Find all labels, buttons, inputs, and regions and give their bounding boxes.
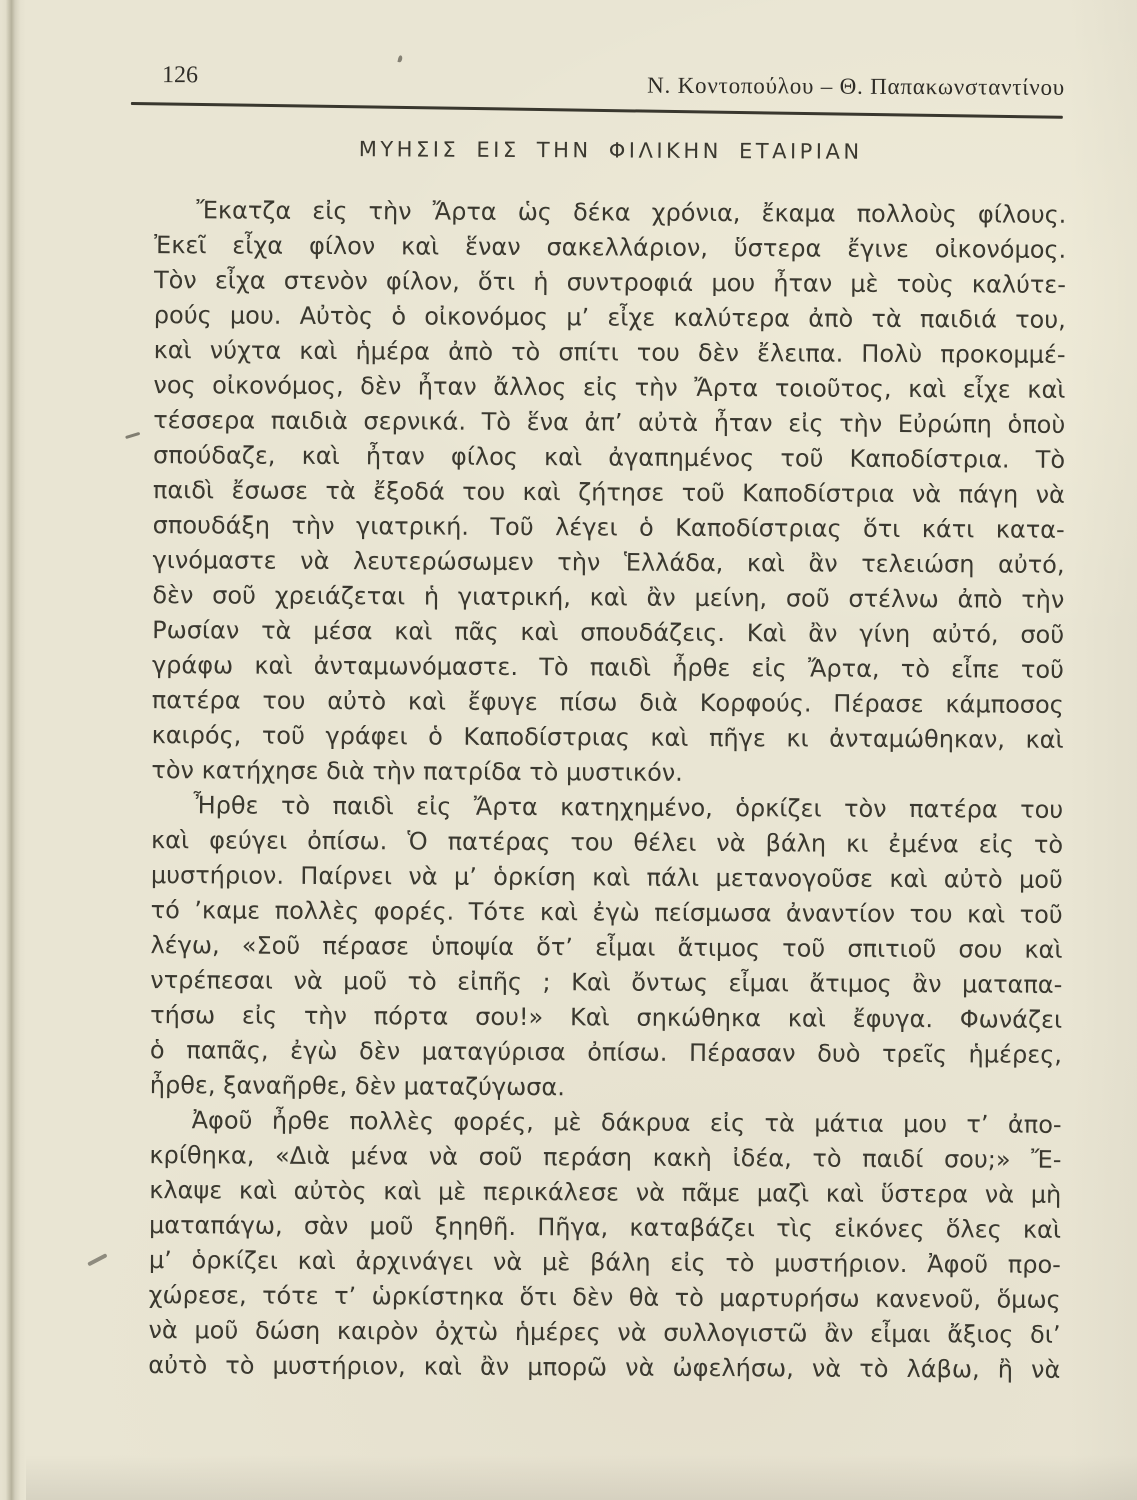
text-line: δὲν σοῦ χρειάζεται ἡ γιατρική, καὶ ἂν με… xyxy=(152,578,1064,618)
text-line: παιδὶ ἔσωσε τὰ ἔξοδά του καὶ ζήτησε τοῦ … xyxy=(153,473,1065,513)
text-line: καὶ νύχτα καὶ ἡμέρα ἀπὸ τὸ σπίτι του δὲν… xyxy=(154,333,1066,373)
text-line: μυστήριον. Παίρνει νὰ μ’ ὁρκίση καὶ πάλι… xyxy=(151,858,1063,898)
text-line: καιρός, τοῦ γράφει ὁ Καποδίστριας καὶ πῆ… xyxy=(152,718,1064,758)
text-line: Ἀφοῦ ἦρθε πολλὲς φορές, μὲ δάκρυα εἰς τὰ… xyxy=(150,1103,1062,1143)
page-content: 126 Ν. Κοντοπούλου – Θ. Παπακωνσταντίνου… xyxy=(0,0,1137,1500)
text-line: αὐτὸ τὸ μυστήριον, καὶ ἂν μπορῶ νὰ ὠφελή… xyxy=(148,1348,1060,1388)
text-line: Ἐκεῖ εἶχα φίλον καὶ ἕναν σακελλάριον, ὕσ… xyxy=(154,228,1066,268)
text-line: Τὸν εἶχα στενὸν φίλον, ὅτι ἡ συντροφιά μ… xyxy=(154,263,1066,303)
text-line: ντρέπεσαι νὰ μοῦ τὸ εἰπῆς ; Καὶ ὄντως εἶ… xyxy=(150,963,1062,1003)
text-line: ἦρθε, ξαναῆρθε, δὲν ματαζύγωσα. xyxy=(150,1068,1062,1108)
header-rule xyxy=(131,102,1063,119)
text-line: ὁ παπᾶς, ἐγὼ δὲν ματαγύρισα ὀπίσω. Πέρασ… xyxy=(150,1033,1062,1073)
text-line: γράφω καὶ ἀνταμωνόμαστε. Τὸ παιδὶ ἦρθε ε… xyxy=(152,648,1064,688)
text-line: πατέρα του αὐτὸ καὶ ἔφυγε πίσω διὰ Κορφο… xyxy=(152,683,1064,723)
text-line: τέσσερα παιδιὰ σερνικά. Τὸ ἕνα ἀπ’ αὐτὰ … xyxy=(153,403,1065,443)
chapter-title: ΜΥΗΣΙΣ ΕΙΣ ΤΗΝ ΦΙΛΙΚΗΝ ΕΤΑΙΡΙΑΝ xyxy=(155,136,1067,165)
text-line: μ’ ὁρκίζει καὶ ἀρχινάγει νὰ μὲ βάλη εἰς … xyxy=(149,1243,1061,1283)
text-line: σπουδάξη τὴν γιατρική. Τοῦ λέγει ὁ Καποδ… xyxy=(153,508,1065,548)
margin-pen-mark xyxy=(87,1253,107,1266)
text-line: κλαψε καὶ αὐτὸς καὶ μὲ περικάλεσε νὰ πᾶμ… xyxy=(149,1173,1061,1213)
text-line: γινόμαστε νὰ λευτερώσωμεν τὴν Ἑλλάδα, κα… xyxy=(152,543,1064,583)
text-line: τήσω εἰς τὴν πόρτα σου!» Καὶ σηκώθηκα κα… xyxy=(150,998,1062,1038)
text-line: κρίθηκα, «Διὰ μένα νὰ σοῦ περάση κακὴ ἰδ… xyxy=(149,1138,1061,1178)
text-line: Ἦρθε τὸ παιδὶ εἰς Ἄρτα κατηχημένο, ὁρκίζ… xyxy=(151,788,1063,828)
text-line: σπούδαζε, καὶ ἦταν φίλος καὶ ἀγαπημένος … xyxy=(153,438,1065,478)
text-line: χώρεσε, τότε τ’ ὡρκίστηκα ὅτι δὲν θὰ τὸ … xyxy=(149,1278,1061,1318)
text-line: καὶ φεύγει ὀπίσω. Ὁ πατέρας του θέλει νὰ… xyxy=(151,823,1063,863)
text-line: ρούς μου. Αὐτὸς ὁ οἰκονόμος μ’ εἶχε καλύ… xyxy=(154,298,1066,338)
body-text: Ἔκατζα εἰς τὴν Ἄρτα ὡς δέκα χρόνια, ἔκαμ… xyxy=(148,193,1066,1388)
text-line: τὸν κατήχησε διὰ τὴν πατρίδα τὸ μυστικόν… xyxy=(151,753,1063,793)
text-line: Ἔκατζα εἰς τὴν Ἄρτα ὡς δέκα χρόνια, ἔκαμ… xyxy=(154,193,1066,233)
scanned-book-page: 126 Ν. Κοντοπούλου – Θ. Παπακωνσταντίνου… xyxy=(0,0,1137,1500)
text-line: ματαπάγω, σὰν μοῦ ξηηθῆ. Πῆγα, καταβάζει… xyxy=(149,1208,1061,1248)
text-line: νος οἰκονόμος, δὲν ἦταν ἄλλος εἰς τὴν Ἄρ… xyxy=(153,368,1065,408)
text-line: Ρωσίαν τὰ μέσα καὶ πᾶς καὶ σπουδάζεις. Κ… xyxy=(152,613,1064,653)
page-number: 126 xyxy=(162,62,198,89)
running-header-authors: Ν. Κοντοπούλου – Θ. Παπακωνσταντίνου xyxy=(647,73,1065,101)
ink-speck xyxy=(397,55,402,63)
text-line: νὰ μοῦ δώση καιρὸν ὀχτὼ ἡμέρες νὰ συλλογ… xyxy=(148,1313,1060,1353)
text-line: λέγω, «Σοῦ πέρασε ὑποψία ὅτ’ εἶμαι ἄτιμο… xyxy=(150,928,1062,968)
margin-pen-mark xyxy=(125,432,140,439)
text-line: τό ’καμε πολλὲς φορές. Τότε καὶ ἐγὼ πείσ… xyxy=(151,893,1063,933)
